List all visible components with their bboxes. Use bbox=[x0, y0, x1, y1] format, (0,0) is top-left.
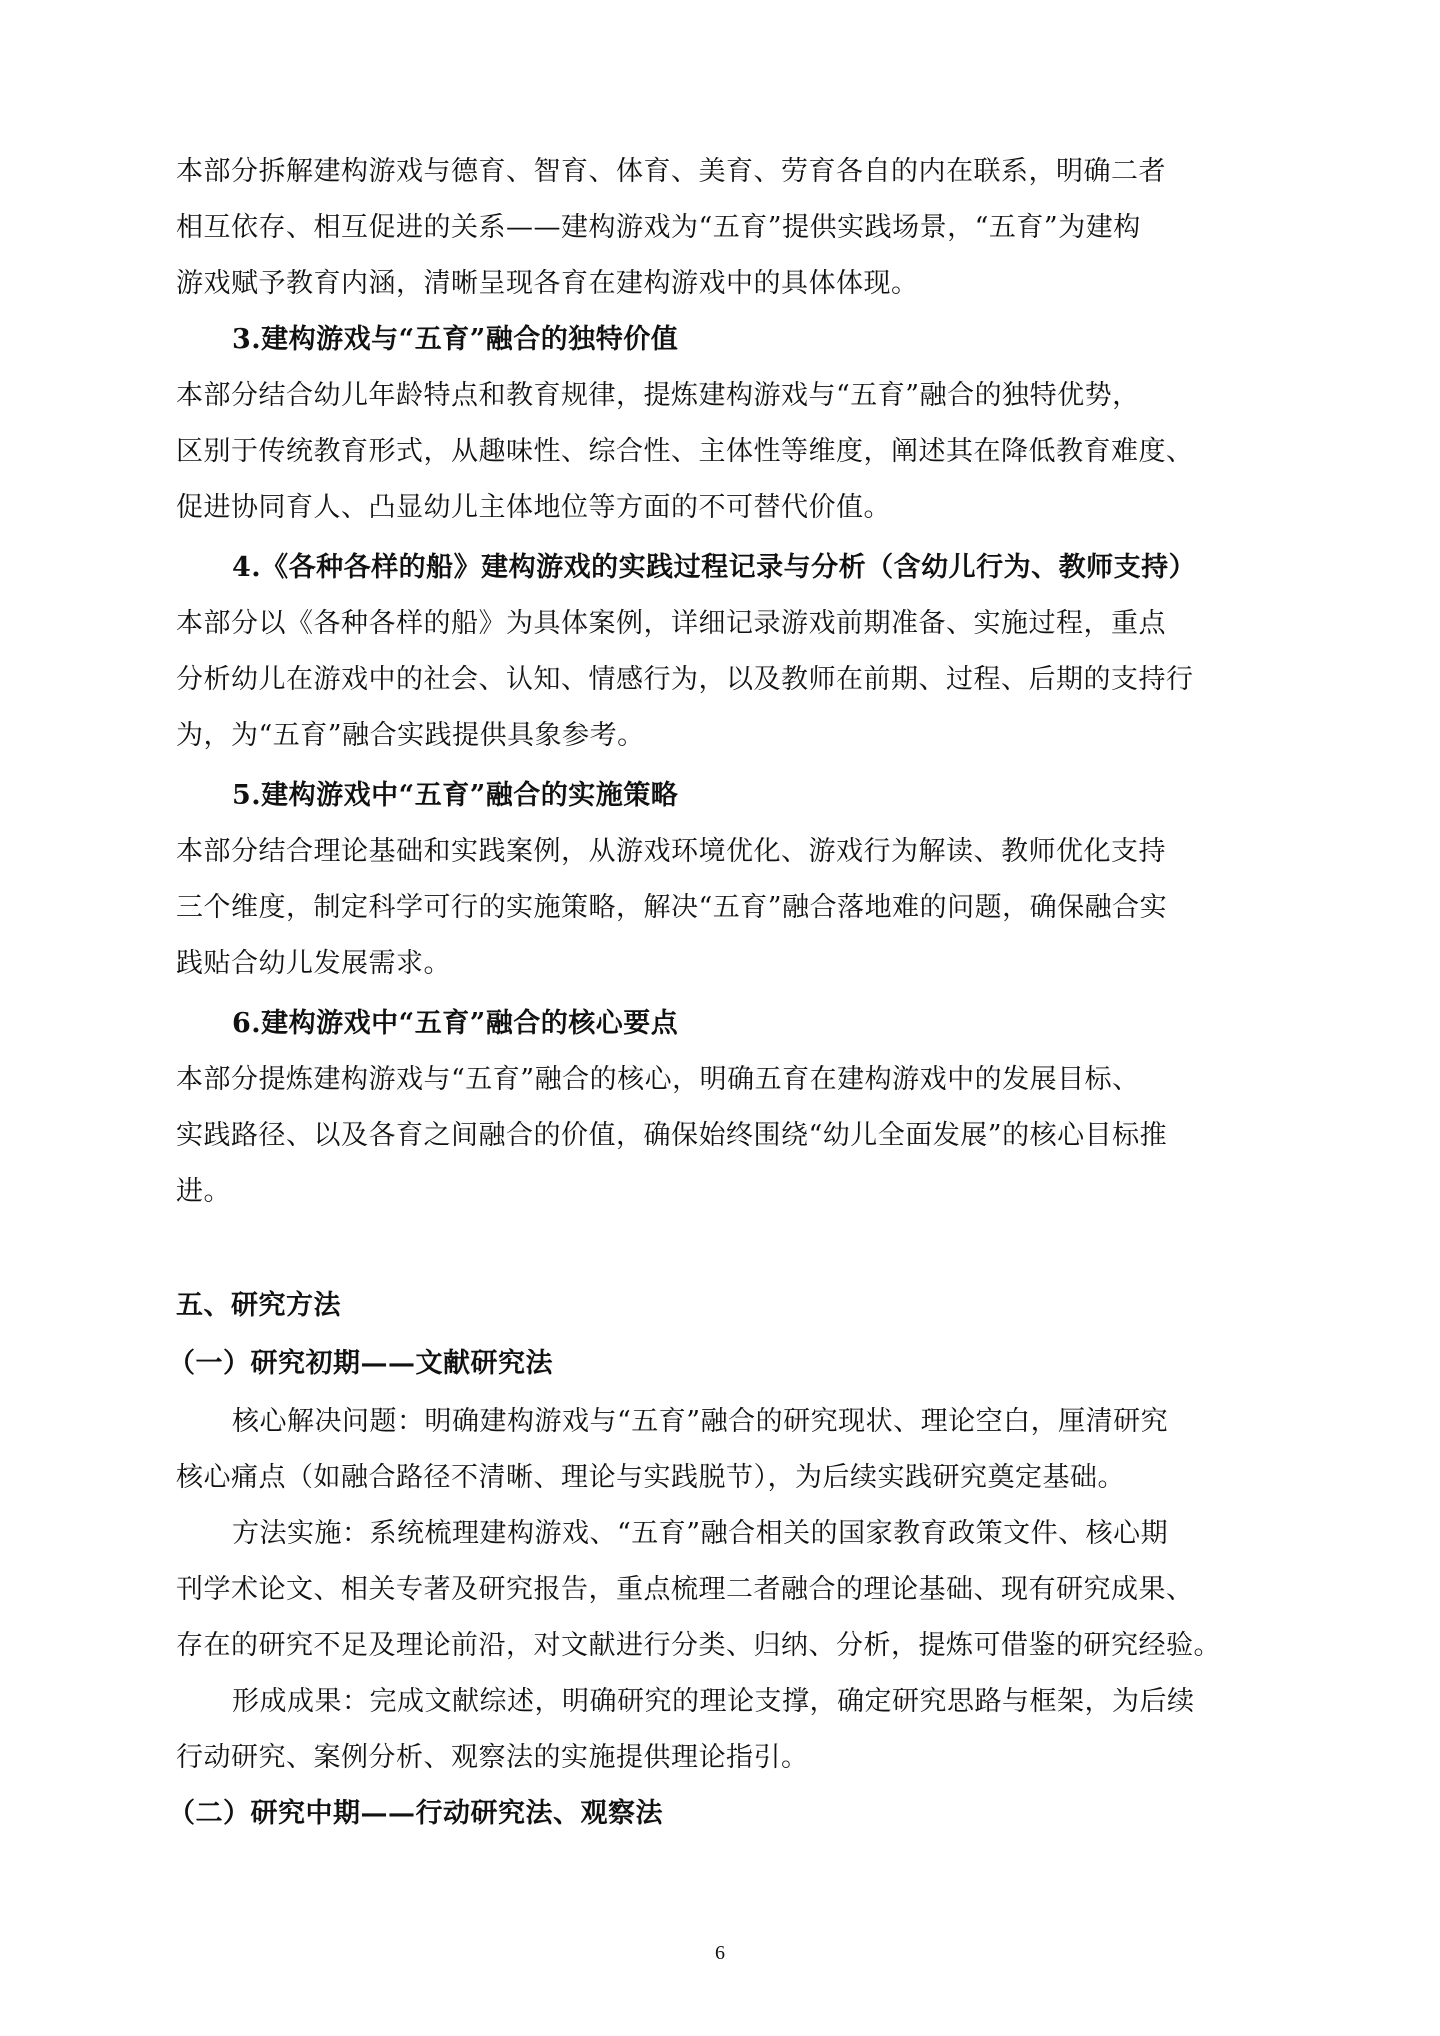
paragraph-line: 践贴合幼儿发展需求。 bbox=[176, 946, 451, 982]
section-heading: 五、研究方法 bbox=[176, 1288, 341, 1324]
subheading-5: 5.建构游戏中“五育”融合的实施策略 bbox=[232, 778, 678, 814]
paragraph-line: 相互依存、相互促进的关系——建构游戏为“五育”提供实践场景，“五育”为建构 bbox=[176, 210, 1141, 246]
paragraph-line: 本部分提炼建构游戏与“五育”融合的核心，明确五育在建构游戏中的发展目标、 bbox=[176, 1062, 1140, 1098]
page-number: 6 bbox=[0, 1942, 1440, 1965]
paragraph-line: 实践路径、以及各育之间融合的价值，确保始终围绕“幼儿全面发展”的核心目标推 bbox=[176, 1118, 1167, 1154]
subheading-4: 4.《各种各样的船》建构游戏的实践过程记录与分析（含幼儿行为、教师支持） bbox=[232, 550, 1196, 586]
section-subheading-2: （二）研究中期——行动研究法、观察法 bbox=[168, 1796, 663, 1832]
paragraph-line: 本部分结合理论基础和实践案例，从游戏环境优化、游戏行为解读、教师优化支持 bbox=[176, 834, 1166, 870]
paragraph-line: 形成成果：完成文献综述，明确研究的理论支撑，确定研究思路与框架，为后续 bbox=[232, 1684, 1195, 1720]
paragraph-line: 存在的研究不足及理论前沿，对文献进行分类、归纳、分析，提炼可借鉴的研究经验。 bbox=[176, 1628, 1221, 1664]
paragraph-line: 游戏赋予教育内涵，清晰呈现各育在建构游戏中的具体体现。 bbox=[176, 266, 919, 302]
subheading-3: 3.建构游戏与“五育”融合的独特价值 bbox=[232, 322, 678, 358]
paragraph-line: 促进协同育人、凸显幼儿主体地位等方面的不可替代价值。 bbox=[176, 490, 891, 526]
paragraph-line: 进。 bbox=[176, 1174, 231, 1210]
paragraph-line: 行动研究、案例分析、观察法的实施提供理论指引。 bbox=[176, 1740, 809, 1776]
paragraph-line: 刊学术论文、相关专著及研究报告，重点梳理二者融合的理论基础、现有研究成果、 bbox=[176, 1572, 1194, 1608]
paragraph-line: 本部分拆解建构游戏与德育、智育、体育、美育、劳育各自的内在联系，明确二者 bbox=[176, 154, 1166, 190]
section-subheading-1: （一）研究初期——文献研究法 bbox=[168, 1346, 553, 1382]
paragraph-line: 本部分以《各种各样的船》为具体案例，详细记录游戏前期准备、实施过程，重点 bbox=[176, 606, 1166, 642]
paragraph-line: 方法实施：系统梳理建构游戏、“五育”融合相关的国家教育政策文件、核心期 bbox=[232, 1516, 1168, 1552]
paragraph-line: 区别于传统教育形式，从趣味性、综合性、主体性等维度，阐述其在降低教育难度、 bbox=[176, 434, 1194, 470]
paragraph-line: 核心解决问题：明确建构游戏与“五育”融合的研究现状、理论空白，厘清研究 bbox=[232, 1404, 1168, 1440]
paragraph-line: 核心痛点（如融合路径不清晰、理论与实践脱节），为后续实践研究奠定基础。 bbox=[176, 1460, 1125, 1496]
paragraph-line: 本部分结合幼儿年龄特点和教育规律，提炼建构游戏与“五育”融合的独特优势， bbox=[176, 378, 1140, 414]
paragraph-line: 三个维度，制定科学可行的实施策略，解决“五育”融合落地难的问题，确保融合实 bbox=[176, 890, 1167, 926]
paragraph-line: 分析幼儿在游戏中的社会、认知、情感行为，以及教师在前期、过程、后期的支持行 bbox=[176, 662, 1194, 698]
document-page: 本部分拆解建构游戏与德育、智育、体育、美育、劳育各自的内在联系，明确二者 相互依… bbox=[0, 0, 1440, 2036]
paragraph-line: 为，为“五育”融合实践提供具象参考。 bbox=[176, 718, 645, 754]
subheading-6: 6.建构游戏中“五育”融合的核心要点 bbox=[232, 1006, 678, 1042]
